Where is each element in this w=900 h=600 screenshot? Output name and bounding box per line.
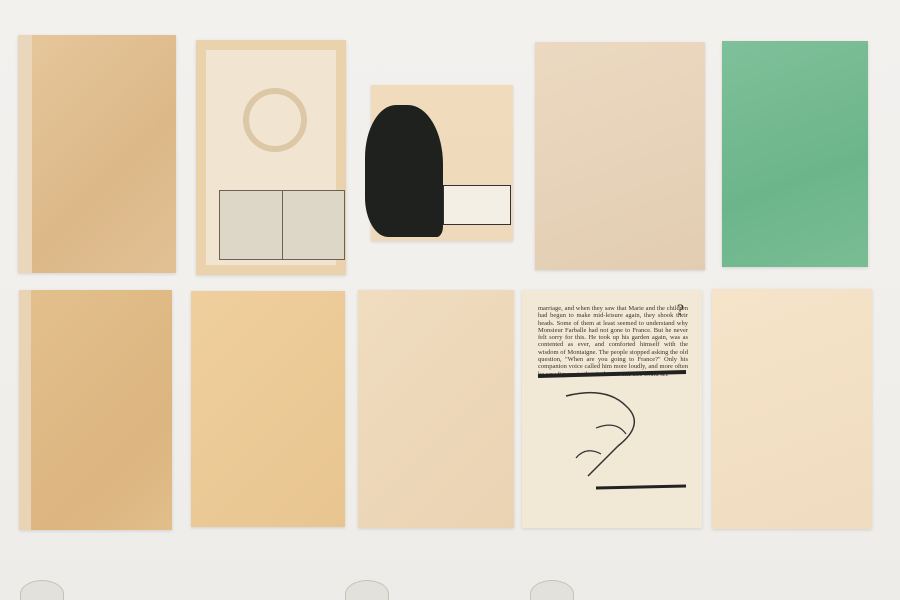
- ink-sketch: [536, 368, 688, 498]
- collage-paper: [371, 85, 513, 241]
- crumpled-paper-sheet: [358, 290, 514, 528]
- black-torn-blot: [365, 105, 443, 237]
- coffee-ring-stain: [243, 88, 307, 152]
- paper-scrap: [345, 580, 389, 600]
- paper-with-coffee-stain: [196, 40, 346, 275]
- aged-paper-sheet: [191, 291, 345, 527]
- creased-paper-sheet: [19, 290, 172, 530]
- paper-inner-panel: [206, 50, 336, 265]
- stacked-worn-sheets: [535, 42, 705, 270]
- paper-scrap: [20, 580, 64, 600]
- aged-paper-sheet: [18, 35, 176, 273]
- printed-book-page: ? marriage, and when they saw that Marie…: [522, 290, 702, 528]
- pale-paper-sheet: [712, 289, 872, 529]
- paper-scrap: [530, 580, 574, 600]
- rectangular-panels: [219, 190, 345, 260]
- white-framed-box: [443, 185, 511, 225]
- green-paper-sheet: [722, 41, 868, 267]
